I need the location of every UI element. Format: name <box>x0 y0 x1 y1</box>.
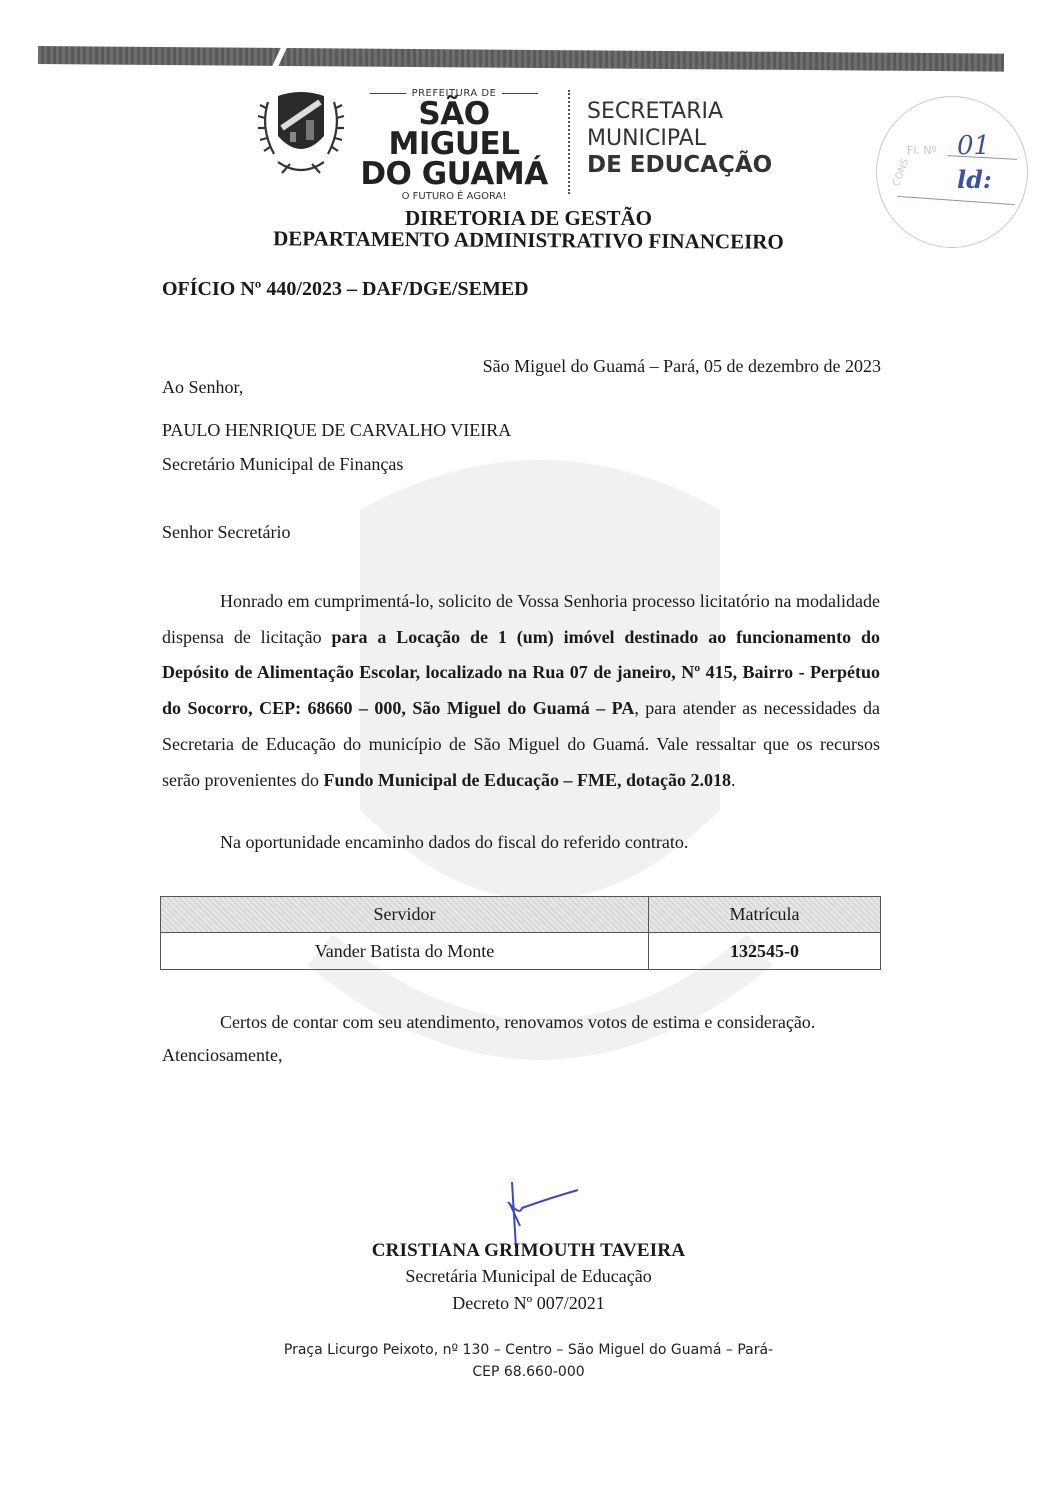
signer-name: CRISTIANA GRIMOUTH TAVEIRA <box>0 1240 1057 1262</box>
city-name-line2: DO GUAMÁ <box>354 159 554 189</box>
header-matricula: Matrícula <box>649 897 881 933</box>
secretaria-line3: DE EDUCAÇÃO <box>587 152 772 179</box>
cell-matricula: 132545-0 <box>649 933 881 970</box>
city-name-line1: SÃO MIGUEL <box>354 99 554 159</box>
footer-address-line1: Praça Licurgo Peixoto, nº 130 – Centro –… <box>0 1342 1057 1358</box>
table-row: Vander Batista do Monte 132545-0 <box>161 933 881 970</box>
secretaria-line2: MUNICIPAL <box>587 125 772 152</box>
footer-address-line2: CEP 68.660-000 <box>0 1364 1057 1380</box>
stamp-line <box>897 196 1015 205</box>
body-emphasis-fund: Fundo Municipal de Educação – FME, dotaç… <box>323 770 731 790</box>
date-line: São Miguel do Guamá – Pará, 05 de dezemb… <box>483 356 881 377</box>
recipient-role: Secretário Municipal de Finanças <box>162 454 403 475</box>
header-servidor: Servidor <box>161 897 649 933</box>
stamp-arc-text: CONS <box>891 157 911 188</box>
addressee-prefix: Ao Senhor, <box>162 377 243 398</box>
secretaria-line1: SECRETARIA <box>587 98 772 125</box>
stamp-label: Fl. Nº <box>907 144 937 157</box>
body-paragraph-request: Honrado em cumprimentá-lo, solicito de V… <box>162 584 880 798</box>
header-divider <box>568 90 570 194</box>
city-motto: O FUTURO É AGORA! <box>354 191 554 202</box>
body-text: . <box>731 770 736 790</box>
prefeitura-logo: PREFEITURA DE SÃO MIGUEL DO GUAMÁ O FUTU… <box>354 88 554 202</box>
body-paragraph-fiscal: Na oportunidade encaminho dados do fisca… <box>220 832 688 853</box>
closing-paragraph: Certos de contar com seu atendimento, re… <box>220 1012 815 1033</box>
signer-decree: Decreto Nº 007/2021 <box>0 1293 1057 1314</box>
recipient-name: PAULO HENRIQUE DE CARVALHO VIEIRA <box>162 420 511 441</box>
oficio-number: OFÍCIO Nº 440/2023 – DAF/DGE/SEMED <box>162 278 529 301</box>
municipal-crest-icon <box>256 88 346 174</box>
cell-servidor: Vander Batista do Monte <box>161 933 649 970</box>
header-decorative-bar <box>38 46 1004 72</box>
table-header-row: Servidor Matrícula <box>161 897 881 933</box>
salutation: Senhor Secretário <box>162 522 290 543</box>
secretaria-logo: SECRETARIA MUNICIPAL DE EDUCAÇÃO <box>587 98 772 179</box>
sign-off: Atenciosamente, <box>162 1045 282 1066</box>
fiscal-table: Servidor Matrícula Vander Batista do Mon… <box>160 896 881 970</box>
stamp-initials: ld: <box>957 165 992 194</box>
signer-role: Secretária Municipal de Educação <box>0 1266 1057 1287</box>
